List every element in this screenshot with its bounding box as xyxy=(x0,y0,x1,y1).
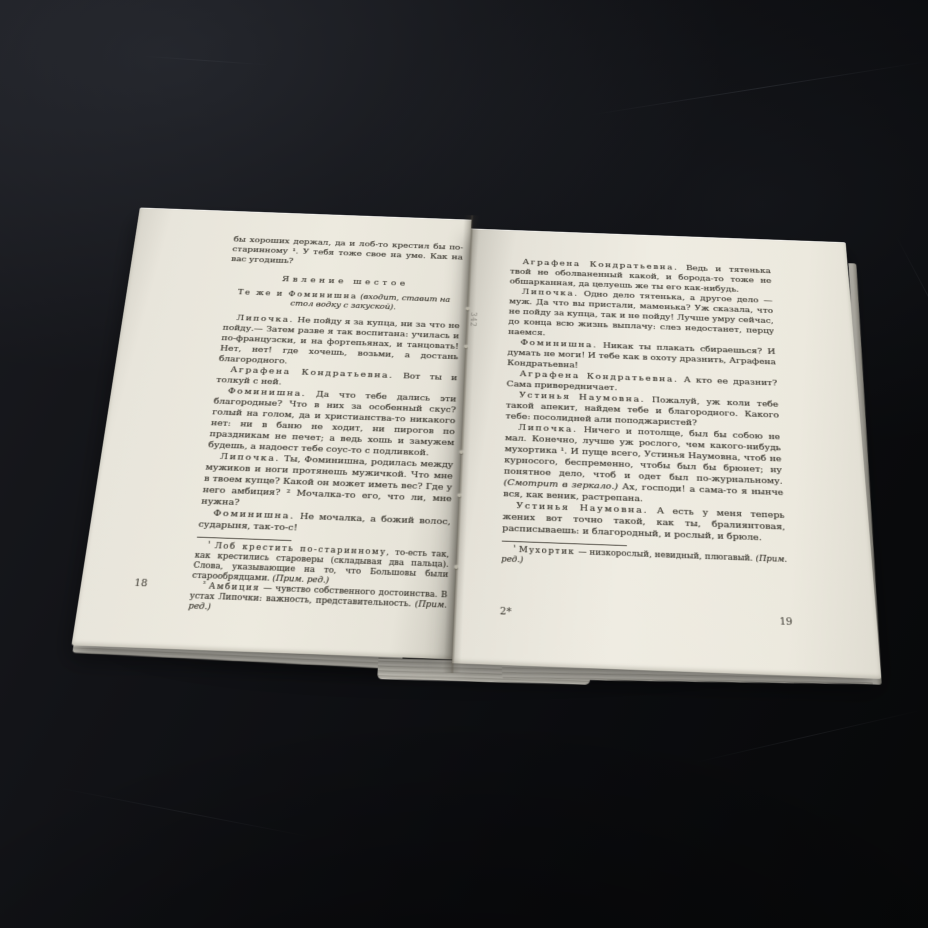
surface-scratch xyxy=(57,787,312,838)
footnote-term: Мухортик xyxy=(519,546,575,557)
book-page-left: бы хороших держал, да и лоб-то крестил б… xyxy=(71,208,471,660)
footnote-number: ² xyxy=(202,581,206,589)
footnote-text: — низкорослый, невидный, плюгавый. xyxy=(578,548,753,563)
dialogue-text: Одно дело тятенька, а другое дело — муж.… xyxy=(508,290,774,338)
book-photo: бы хороших держал, да и лоб-то крестил б… xyxy=(0,0,928,928)
speaker-name: Фоминишна. xyxy=(213,508,296,521)
page-footer-row: 2* 19 xyxy=(500,606,793,628)
speaker-name: Липочка. xyxy=(220,452,281,464)
footnote-number: ¹ xyxy=(207,540,211,547)
speaker-name: Фоминишна. xyxy=(227,386,306,398)
surface-scratch xyxy=(140,55,270,65)
dialogue-paragraph: Липочка. Не пойду я за купца, ни за что … xyxy=(218,312,460,372)
paragraph-continuation: бы хороших держал, да и лоб-то крестил б… xyxy=(231,235,464,273)
book-page-right: Аграфена Кондратьевна. Ведь и тятенька т… xyxy=(452,229,881,679)
stage-direction: Те же и Фоминишна (входит, ставит на сто… xyxy=(225,288,461,316)
dialogue-text: Ничего и потолще, был бы собою не мал. К… xyxy=(504,425,783,486)
right-page-text: Аграфена Кондратьевна. Ведь и тятенька т… xyxy=(501,257,788,576)
dialogue-text: Не пойду я за купца, ни за что не пойду.… xyxy=(218,316,460,366)
speaker-name: Липочка. xyxy=(518,423,578,434)
left-page-text: бы хороших держал, да и лоб-то крестил б… xyxy=(188,235,464,622)
speaker-name: Липочка. xyxy=(522,288,579,299)
dialogue-paragraph: Фоминишна. Да что тебе дались эти благор… xyxy=(208,385,457,459)
dialogue-paragraph: Липочка. Ничего и потолще, был бы собою … xyxy=(503,422,784,510)
open-book: бы хороших держал, да и лоб-то крестил б… xyxy=(66,203,884,710)
surface-scratch xyxy=(587,61,928,116)
footnote-number: ¹ xyxy=(513,545,516,552)
dialogue-text: Да что тебе дались эти благородные? Что … xyxy=(208,390,457,458)
page-number-right: 19 xyxy=(779,616,793,628)
surface-scratch xyxy=(895,234,928,402)
footnote: ¹ Мухортик — низкорослый, невидный, плюг… xyxy=(501,545,788,576)
dialogue-paragraph: Липочка. Ты, Фоминишна, родилась между м… xyxy=(201,450,454,516)
speaker-name: Липочка. xyxy=(236,313,295,324)
signature-mark: 2* xyxy=(500,606,512,618)
page-number-left: 18 xyxy=(134,578,149,590)
footnote-term: Амбиция xyxy=(208,582,260,593)
press-sheet-number: 342 xyxy=(468,312,478,327)
